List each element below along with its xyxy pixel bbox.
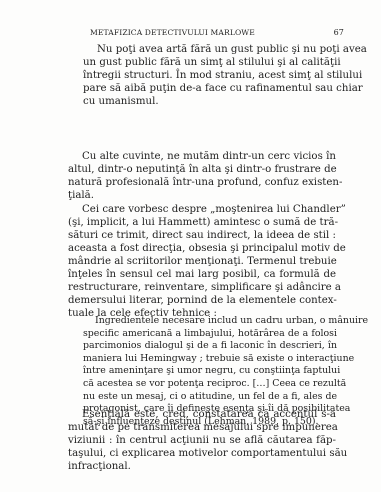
- text-line: un gust public fără un simţ al stilului …: [83, 56, 337, 69]
- text-line: între ameninţare şi umor negru, cu conşt…: [83, 365, 337, 378]
- text-line: Nu poţi avea artă fără un gust public şi…: [83, 43, 337, 56]
- running-title: METAFIZICA DETECTIVULUI MARLOWE: [90, 28, 255, 37]
- text-line: natură profesională într-una profund, co…: [68, 176, 336, 189]
- text-line: cu umanismul.: [83, 95, 337, 108]
- text-line: aceasta a fost direcţia, obsesia şi prin…: [68, 242, 336, 255]
- text-line: sături ce trimit, direct sau indirect, l…: [68, 229, 336, 242]
- text-line: altul, dintr-o neputinţă în alta şi dint…: [68, 163, 336, 176]
- text-line: Esenţială este, cred, constatarea că acc…: [68, 408, 336, 421]
- text-line: întregii structuri. În mod straniu, aces…: [83, 69, 337, 82]
- text-line: demersului literar, pornind de la elemen…: [68, 294, 336, 307]
- text-line: mutat de pe transmiterea mesajului spre …: [68, 421, 336, 434]
- text-line: mândrie al scriitorilor menţionaţi. Term…: [68, 255, 336, 268]
- paragraph-1: Cu alte cuvinte, ne mutăm dintr-un cerc …: [68, 150, 336, 202]
- text-line: parcimonios dialogul şi de a fi laconic …: [83, 340, 337, 353]
- text-line: specific americană a limbajului, hotărâr…: [83, 328, 337, 341]
- text-line: (şi, implicit, a lui Hammett) amintesc o…: [68, 216, 336, 229]
- paragraph-2: Cei care vorbesc despre „moştenirea lui …: [68, 203, 336, 320]
- paragraph-3: Esenţială este, cred, constatarea că acc…: [68, 408, 336, 473]
- quote-top: Nu poţi avea artă fără un gust public şi…: [83, 43, 337, 108]
- text-line: maniera lui Hemingway ; trebuie să exist…: [83, 353, 337, 366]
- book-page: METAFIZICA DETECTIVULUI MARLOWE 67 Nu po…: [0, 0, 381, 492]
- text-line: că acestea se vor potenţa reciproc. […] …: [83, 378, 337, 391]
- text-line: infracţional.: [68, 460, 336, 473]
- text-line: înţeles în sensul cel mai larg posibil, …: [68, 268, 336, 281]
- text-line: viziunii : în centrul acţiunii nu se afl…: [68, 434, 336, 447]
- text-line: Cu alte cuvinte, ne mutăm dintr-un cerc …: [68, 150, 336, 163]
- text-line: restructurare, reinventare, simplificare…: [68, 281, 336, 294]
- text-line: nu este un mesaj, ci o atitudine, un fel…: [83, 391, 337, 404]
- text-line: Cei care vorbesc despre „moştenirea lui …: [68, 203, 336, 216]
- text-line: Ingredientele necesare includ un cadru u…: [83, 315, 337, 328]
- page-number: 67: [334, 28, 344, 37]
- text-line: pare să aibă puţin de-a face cu rafiname…: [83, 82, 337, 95]
- text-line: taşului, ci explicarea motivelor comport…: [68, 447, 336, 460]
- text-line: ţială.: [68, 189, 336, 202]
